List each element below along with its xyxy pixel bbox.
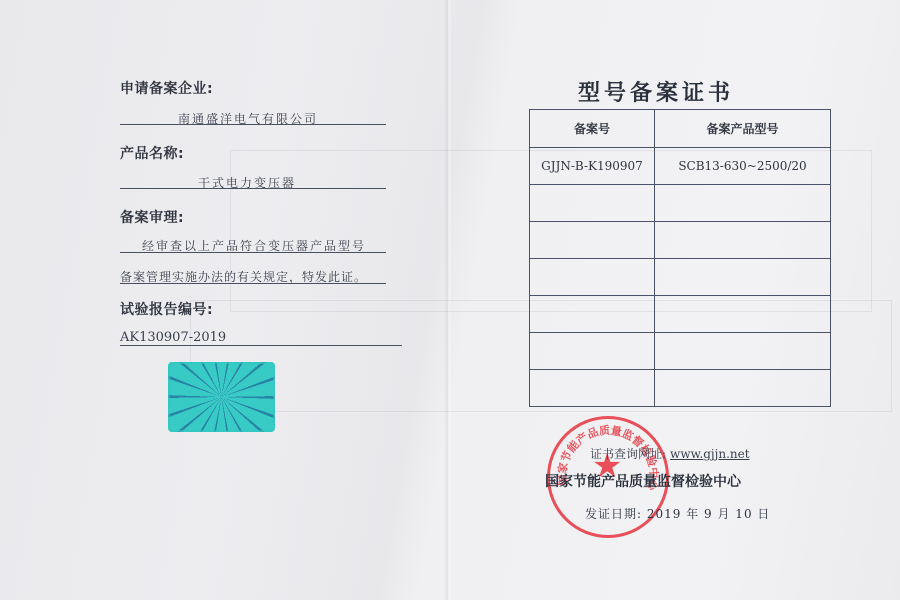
header-product-model: 备案产品型号 bbox=[655, 110, 831, 148]
issue-date-label: 发证日期: bbox=[585, 507, 642, 521]
report-value: AK130907-2019 bbox=[120, 330, 226, 345]
issue-date-line: 发证日期: 2019 年 9 月 10 日 bbox=[585, 505, 770, 522]
query-url-link[interactable]: www.gjjn.net bbox=[670, 447, 750, 461]
table-header-row: 备案号 备案产品型号 bbox=[530, 110, 831, 148]
product-model-cell: SCB13-630~2500/20 bbox=[655, 148, 831, 185]
issue-date-value: 2019 年 9 月 10 日 bbox=[647, 507, 771, 521]
product-model-cell bbox=[655, 333, 831, 370]
product-model-cell bbox=[655, 259, 831, 296]
record-number-cell bbox=[530, 333, 655, 370]
header-record-number: 备案号 bbox=[530, 110, 655, 148]
issuer-name: 国家节能产品质量监督检验中心 bbox=[545, 471, 741, 491]
table-row bbox=[530, 222, 831, 259]
applicant-label: 申请备案企业: bbox=[120, 78, 213, 98]
review-underline-1 bbox=[120, 252, 386, 253]
table-row: GJJN-B-K190907 SCB13-630~2500/20 bbox=[530, 148, 831, 185]
table-row bbox=[530, 296, 831, 333]
product-model-cell bbox=[655, 370, 831, 407]
record-number-cell bbox=[530, 185, 655, 222]
product-model-cell bbox=[655, 185, 831, 222]
applicant-underline bbox=[120, 124, 386, 125]
record-number-cell: GJJN-B-K190907 bbox=[530, 148, 655, 185]
product-model-cell bbox=[655, 296, 831, 333]
review-underline-2 bbox=[120, 283, 386, 284]
review-label: 备案审理: bbox=[120, 207, 184, 227]
query-url-label: 证书查询网址: bbox=[590, 447, 666, 461]
report-underline bbox=[120, 345, 402, 346]
record-table: 备案号 备案产品型号 GJJN-B-K190907 SCB13-630~2500… bbox=[529, 109, 831, 407]
table-row bbox=[530, 333, 831, 370]
product-underline bbox=[120, 188, 386, 189]
table-row bbox=[530, 259, 831, 296]
record-number-cell bbox=[530, 259, 655, 296]
hologram-sticker bbox=[168, 362, 275, 432]
query-url-line: 证书查询网址:www.gjjn.net bbox=[590, 445, 750, 462]
record-number-cell bbox=[530, 370, 655, 407]
certificate-title: 型号备案证书 bbox=[578, 76, 734, 107]
product-model-cell bbox=[655, 222, 831, 259]
record-number-cell bbox=[530, 296, 655, 333]
report-label: 试验报告编号: bbox=[120, 299, 213, 319]
table-row bbox=[530, 185, 831, 222]
record-number-cell bbox=[530, 222, 655, 259]
product-label: 产品名称: bbox=[120, 143, 184, 163]
table-row bbox=[530, 370, 831, 407]
